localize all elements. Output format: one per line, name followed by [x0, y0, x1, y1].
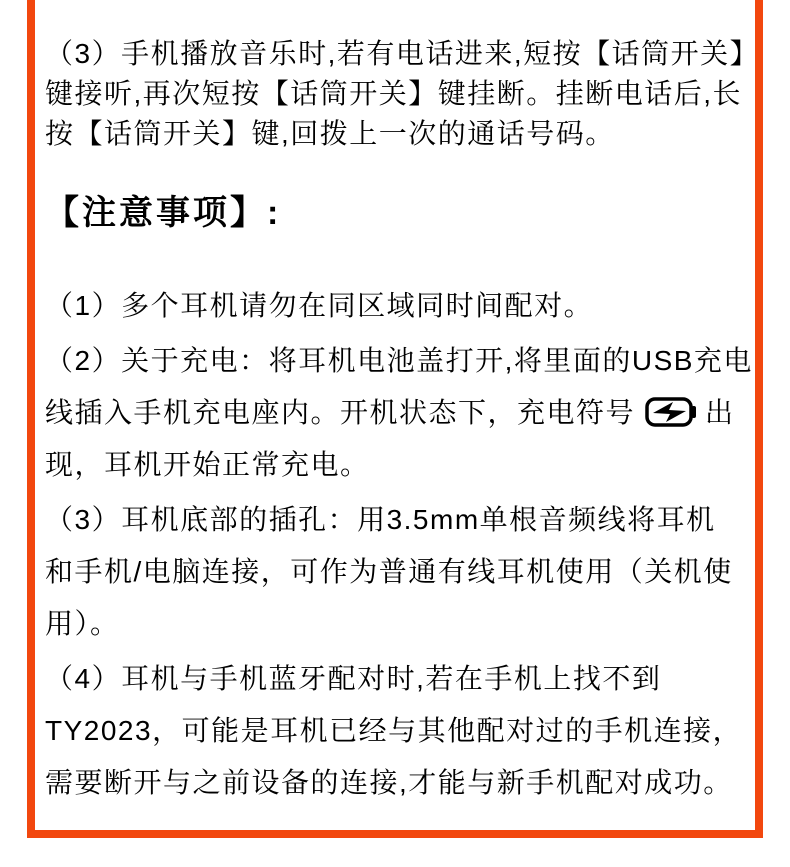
- paragraph-line: TY2023，可能是耳机已经与其他配对过的手机连接，: [45, 705, 747, 757]
- paragraph-line: 用）。: [45, 598, 747, 650]
- notice-item-3: （3）耳机底部的插孔：用3.5mm单根音频线将耳机 和手机/电脑连接，可作为普通…: [45, 494, 747, 650]
- page-content: （3）手机播放音乐时,若有电话进来,短按【话筒开关】 键接听,再次短按【话筒开关…: [45, 0, 747, 809]
- notice-section-heading: 【注意事项】:: [45, 190, 747, 236]
- notice-items: （1）多个耳机请勿在同区域同时间配对。 （2）关于充电：将耳机电池盖打开,将里面…: [45, 280, 747, 809]
- paragraph-line: （3）耳机底部的插孔：用3.5mm单根音频线将耳机: [45, 494, 747, 546]
- paragraph-line: （1）多个耳机请勿在同区域同时间配对。: [45, 280, 747, 332]
- paragraph-line-with-icon: 线插入手机充电座内。开机状态下，充电符号出: [45, 387, 747, 439]
- paragraph-text: 线插入手机充电座内。开机状态下，充电符号: [45, 397, 635, 428]
- paragraph-line: 和手机/电脑连接，可作为普通有线耳机使用（关机使: [45, 546, 747, 598]
- paragraph-line: 按【话筒开关】键,回拨上一次的通话号码。: [45, 114, 747, 154]
- notice-item-4: （4）耳机与手机蓝牙配对时,若在手机上找不到 TY2023，可能是耳机已经与其他…: [45, 653, 747, 809]
- battery-charging-icon: [645, 397, 697, 427]
- call-control-paragraph: （3）手机播放音乐时,若有电话进来,短按【话筒开关】 键接听,再次短按【话筒开关…: [45, 34, 747, 154]
- paragraph-line: （3）手机播放音乐时,若有电话进来,短按【话筒开关】: [45, 34, 747, 74]
- paragraph-line: （2）关于充电：将耳机电池盖打开,将里面的USB充电: [45, 335, 747, 387]
- paragraph-line: 键接听,再次短按【话筒开关】键挂断。挂断电话后,长: [45, 74, 747, 114]
- paragraph-line: （4）耳机与手机蓝牙配对时,若在手机上找不到: [45, 653, 747, 705]
- notice-item-2: （2）关于充电：将耳机电池盖打开,将里面的USB充电 线插入手机充电座内。开机状…: [45, 335, 747, 491]
- manual-page: （3）手机播放音乐时,若有电话进来,短按【话筒开关】 键接听,再次短按【话筒开关…: [0, 0, 790, 867]
- notice-item-1: （1）多个耳机请勿在同区域同时间配对。: [45, 280, 747, 332]
- paragraph-text: 出: [705, 397, 735, 428]
- paragraph-line: 现，耳机开始正常充电。: [45, 439, 747, 491]
- paragraph-line: 需要断开与之前设备的连接,才能与新手机配对成功。: [45, 757, 747, 809]
